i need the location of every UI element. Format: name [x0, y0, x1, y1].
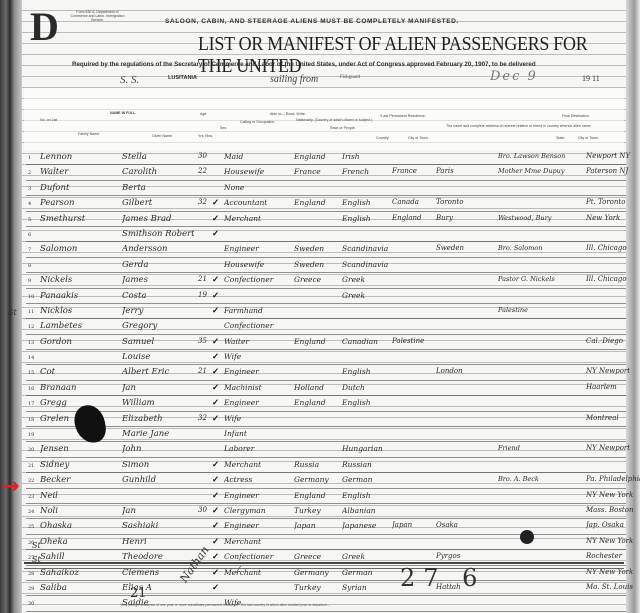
given-name: Samuel: [122, 337, 194, 347]
given-name: Gerda: [122, 260, 194, 270]
age: 32: [198, 414, 212, 422]
book-binding: [0, 0, 22, 613]
given-name: William: [122, 398, 194, 408]
check-mark: ✓: [212, 198, 224, 208]
family-name: Branaan: [40, 383, 118, 393]
passenger-row: 23Neil✓EngineerEnglandEnglishNY New York: [26, 489, 626, 504]
final-destination: Jap. Osaka: [586, 521, 640, 529]
occupation: Confectioner: [224, 275, 282, 284]
race: Japanese: [342, 521, 388, 530]
nationality: England: [294, 152, 340, 161]
check-mark: ✓: [212, 583, 224, 593]
family-name: Dufont: [40, 183, 118, 193]
nearest-relative: Bro. Lawson Benson: [498, 152, 588, 160]
given-name: Marie Jane: [122, 429, 194, 439]
race: Hungarian: [342, 444, 388, 453]
footer-rule: [24, 568, 624, 569]
occupation: Housewife: [224, 260, 282, 269]
age: 19: [198, 291, 212, 299]
final-destination: Pt. Toronto: [586, 198, 640, 206]
header-given-name: Given Name.: [152, 134, 173, 138]
final-destination: Ill. Chicago: [586, 244, 640, 252]
header-no-on-list: No. on List: [40, 118, 57, 122]
passenger-row: 7SalomonAnderssonEngineerSwedenScandinav…: [26, 242, 626, 257]
family-name: Salomon: [40, 244, 118, 254]
nationality: Sweden: [294, 244, 340, 253]
age: 30: [198, 152, 212, 160]
nationality: England: [294, 198, 340, 207]
side-mark: St: [8, 308, 17, 317]
race: English: [342, 198, 388, 207]
passenger-row: 14Louise✓Wife: [26, 350, 626, 365]
row-number: 8: [28, 263, 42, 269]
passenger-row: 22BeckerGunhild✓ActressGermanyGermanBro.…: [26, 473, 626, 488]
header-final-destination: Final Destination.: [562, 114, 590, 118]
residence-city: Paris: [436, 167, 492, 175]
family-name: Saliba: [40, 583, 118, 593]
final-destination: Newport NY: [586, 152, 640, 160]
family-name: Becker: [40, 475, 118, 485]
check-mark: ✓: [212, 214, 224, 224]
given-name: Simon: [122, 460, 194, 470]
given-name: Louise: [122, 352, 194, 362]
final-destination: NY New York: [586, 537, 640, 545]
passenger-row: 2WalterCarolith22HousewifeFranceFrenchFr…: [26, 165, 626, 180]
header-family-name: Family Name.: [78, 132, 100, 136]
nationality: Greece: [294, 552, 340, 561]
race: Albanian: [342, 506, 388, 515]
nearest-relative: Friend: [498, 444, 588, 452]
check-mark: ✓: [212, 291, 224, 301]
passenger-row: 12LambetesGregoryConfectioner: [26, 319, 626, 334]
nearest-relative: Pastor G. Nickels: [498, 275, 588, 283]
check-mark: ✓: [212, 383, 224, 393]
occupation: Confectioner: [224, 552, 282, 561]
given-name: Sashiaki: [122, 521, 194, 531]
age: 35: [198, 337, 212, 345]
race: English: [342, 491, 388, 500]
race: English: [342, 398, 388, 407]
family-name: Ohaska: [40, 521, 118, 531]
tally-count: 27 6: [400, 564, 485, 592]
final-destination: Haarlem: [586, 383, 640, 391]
family-name: Lambetes: [40, 321, 118, 331]
given-name: Henri: [122, 537, 194, 547]
passenger-list: 1LennonStella30MaidEnglandIrishBro. Laws…: [26, 150, 626, 612]
nationality: England: [294, 337, 340, 346]
given-name: Elizabeth: [122, 414, 194, 424]
passenger-row: 3DufontBertaNone: [26, 181, 626, 196]
passenger-row: 13GordonSamuel35✓WaiterEnglandCanadianPa…: [26, 335, 626, 350]
nationality: Japan: [294, 521, 340, 530]
check-mark: ✓: [212, 537, 224, 547]
occupation: Farmhand: [224, 306, 282, 315]
ink-dot: [520, 530, 534, 544]
nearest-relative: Westwood, Bury: [498, 214, 588, 222]
family-name: Nickels: [40, 275, 118, 285]
row-number: 19: [28, 432, 42, 438]
final-destination: Mo. St. Louis: [586, 583, 640, 591]
check-mark: ✓: [212, 306, 224, 316]
race: Greek: [342, 552, 388, 561]
passenger-row: 17GreggWilliam✓EngineerEnglandEnglish: [26, 396, 626, 411]
nearest-relative: Mother Mme Dupuy: [498, 167, 588, 175]
family-name: Sahill: [40, 552, 118, 562]
residence-country: England: [392, 214, 432, 222]
occupation: Clergyman: [224, 506, 282, 515]
given-name: Jerry: [122, 306, 194, 316]
row-number: 30: [28, 601, 42, 607]
occupation: Engineer: [224, 398, 282, 407]
check-mark: ✓: [212, 414, 224, 424]
age: 21: [198, 275, 212, 283]
ss-label: S. S.: [120, 74, 139, 86]
final-destination: NY New York: [586, 491, 640, 499]
passenger-row: 8GerdaHousewifeSwedenScandinavian: [26, 258, 626, 273]
nationality: Russia: [294, 460, 340, 469]
age: 30: [198, 506, 212, 514]
final-destination: NY Newport: [586, 444, 640, 452]
race: Syrian: [342, 583, 388, 592]
manifest-page: D Form 630 A. Department of Commerce and…: [0, 0, 640, 613]
form-note: Form 630 A. Department of Commerce and L…: [70, 10, 125, 22]
check-mark: ✓: [212, 552, 224, 562]
occupation: Merchant: [224, 460, 282, 469]
header-state: State.: [556, 136, 565, 140]
family-name: Sahaikoz: [40, 568, 118, 578]
family-name: Oheka: [40, 537, 118, 547]
given-name: Gilbert: [122, 198, 194, 208]
occupation: Wife: [224, 352, 282, 361]
footnote: *Any foreign residence of one year or mo…: [120, 603, 330, 607]
passenger-row: 1LennonStella30MaidEnglandIrishBro. Laws…: [26, 150, 626, 165]
given-name: James: [122, 275, 194, 285]
family-name: Smethurst: [40, 214, 118, 224]
arrival-year: 19 11: [582, 74, 600, 83]
header-yrs-mos: Yrs. Mos.: [198, 134, 213, 138]
arrow-marker-icon: →: [1, 480, 19, 494]
final-destination: New York: [586, 214, 640, 222]
passenger-row: 25OhaskaSashiaki✓EngineerJapanJapaneseJa…: [26, 519, 626, 534]
check-mark: ✓: [212, 352, 224, 362]
given-name: Smithson Robert: [122, 229, 194, 239]
occupation: Engineer: [224, 367, 282, 376]
header-sex: Sex.: [220, 126, 227, 130]
given-name: Jan: [122, 506, 194, 516]
final-destination: Ill. Chicago: [586, 275, 640, 283]
check-mark: ✓: [212, 506, 224, 516]
check-mark: ✓: [212, 475, 224, 485]
check-mark: ✓: [212, 275, 224, 285]
occupation: Actress: [224, 475, 282, 484]
final-destination: NY Newport: [586, 367, 640, 375]
occupation: None: [224, 183, 282, 192]
passenger-row: 5SmethurstJames Brad✓MerchantEnglishEngl…: [26, 212, 626, 227]
age: 32: [198, 198, 212, 206]
header-last-residence: *Last Permanent Residence.: [380, 114, 426, 118]
occupation: Wife: [224, 414, 282, 423]
family-name: Panaakis: [40, 291, 118, 301]
given-name: Jan: [122, 383, 194, 393]
passenger-row: 15CotAlbert Eric21✓EngineerEnglishLondon…: [26, 365, 626, 380]
sailing-label: sailing from: [270, 74, 318, 85]
header-city: City or Town.: [408, 136, 429, 140]
occupation: Machinist: [224, 383, 282, 392]
occupation: Housewife: [224, 167, 282, 176]
given-name: Costa: [122, 291, 194, 301]
age: 21: [198, 367, 212, 375]
check-mark: ✓: [212, 367, 224, 377]
residence-country: France: [392, 167, 432, 175]
occupation: Infant: [224, 429, 282, 438]
passenger-row: 6Smithson Robert✓: [26, 227, 626, 242]
passenger-row: 24NoliJan30✓ClergymanTurkeyAlbanianMass.…: [26, 504, 626, 519]
check-mark: ✓: [212, 568, 224, 578]
sailing-port: Fishguard: [340, 75, 360, 80]
age: 22: [198, 167, 212, 175]
ship-name: LUSITANIA: [168, 75, 197, 81]
nationality: Turkey: [294, 583, 340, 592]
residence-city: Sweden: [436, 244, 492, 252]
race: Canadian: [342, 337, 388, 346]
check-mark: ✓: [212, 491, 224, 501]
nearest-relative: Palestine: [498, 306, 588, 314]
occupation: Accountant: [224, 198, 282, 207]
family-name: Walter: [40, 167, 118, 177]
family-name: Neil: [40, 491, 118, 501]
check-mark: ✓: [212, 229, 224, 239]
residence-city: Osaka: [436, 521, 492, 529]
check-mark: ✓: [212, 460, 224, 470]
race: English: [342, 214, 388, 223]
passenger-row: 21SidneySimon✓MerchantRussiaRussian: [26, 458, 626, 473]
residence-city: Pyrgos: [436, 552, 492, 560]
nearest-relative: Bro. A. Beck: [498, 475, 588, 483]
family-name: Cot: [40, 367, 118, 377]
occupation: Merchant: [224, 537, 282, 546]
check-mark: ✓: [212, 398, 224, 408]
manifest-title: LIST OR MANIFEST OF ALIEN PASSENGERS FOR…: [198, 34, 605, 78]
passenger-row: 26OhekaHenri✓MerchantNY New York: [26, 535, 626, 550]
race: Irish: [342, 152, 388, 161]
passenger-row: 11NicklosJerry✓FarmhandPalestine: [26, 304, 626, 319]
header-name-in-full: NAME IN FULL.: [110, 111, 136, 115]
nationality: Greece: [294, 275, 340, 284]
header-occupation: Calling or Occupation.: [240, 120, 275, 124]
passenger-row: 9NickelsJames21✓ConfectionerGreeceGreekP…: [26, 273, 626, 288]
occupation: Engineer: [224, 244, 282, 253]
final-destination: Montreal: [586, 414, 640, 422]
given-name: Albert Eric: [122, 367, 194, 377]
occupation: Laborer: [224, 444, 282, 453]
family-name: Sidney: [40, 460, 118, 470]
header-relative: The name and complete address of nearest…: [446, 124, 592, 128]
residence-city: London: [436, 367, 492, 375]
family-name: Pearson: [40, 198, 118, 208]
nationality: France: [294, 167, 340, 176]
passenger-row: 20JensenJohnLaborerHungarianFriendNY New…: [26, 442, 626, 457]
given-name: Stella: [122, 152, 194, 162]
final-destination: Paterson NJ: [586, 167, 640, 175]
header-dest-city: City or Town.: [578, 136, 599, 140]
given-name: John: [122, 444, 194, 454]
residence-country: Palestine: [392, 337, 432, 345]
occupation: Merchant: [224, 214, 282, 223]
passenger-row: 4PearsonGilbert32✓AccountantEnglandEngli…: [26, 196, 626, 211]
family-name: Gordon: [40, 337, 118, 347]
header-age: Age.: [200, 112, 207, 116]
given-name: James Brad: [122, 214, 194, 224]
residence-city: Bury: [436, 214, 492, 222]
passenger-row: 18GrelenElizabeth32✓WifeMontreal: [26, 412, 626, 427]
occupation: Confectioner: [224, 321, 282, 330]
family-name: Lennon: [40, 152, 118, 162]
family-name: Noli: [40, 506, 118, 516]
side-mark: St: [32, 541, 41, 550]
given-name: Carolith: [122, 167, 194, 177]
race: Greek: [342, 291, 388, 300]
row-number: 6: [28, 232, 42, 238]
residence-country: Canada: [392, 198, 432, 206]
family-name: Nicklos: [40, 306, 118, 316]
check-mark: ✓: [212, 337, 224, 347]
race: English: [342, 367, 388, 376]
check-mark: ✓: [212, 521, 224, 531]
passenger-row: 10PanaakisCosta19✓Greek: [26, 289, 626, 304]
passenger-row: 19Marie JaneInfant: [26, 427, 626, 442]
given-name: Gregory: [122, 321, 194, 331]
race: French: [342, 167, 388, 176]
footer-rule: [24, 562, 624, 564]
header-country: Country.: [376, 136, 389, 140]
occupation: Engineer: [224, 521, 282, 530]
nationality: Sweden: [294, 260, 340, 269]
nearest-relative: Bro. Salomon: [498, 244, 588, 252]
given-name: Theodore: [122, 552, 194, 562]
race: German: [342, 475, 388, 484]
given-name: Berta: [122, 183, 194, 193]
nationality: England: [294, 491, 340, 500]
given-name: Andersson: [122, 244, 194, 254]
residence-country: Japan: [392, 521, 432, 529]
nationality: Turkey: [294, 506, 340, 515]
nationality: England: [294, 398, 340, 407]
occupation: Engineer: [224, 491, 282, 500]
occupation: Waiter: [224, 337, 282, 346]
arrival-date: Dec 9: [490, 69, 538, 84]
occupation: Maid: [224, 152, 282, 161]
race: Scandinavian: [342, 244, 388, 253]
passenger-row: 16BranaanJan✓MachinistHollandDutchHaarle…: [26, 381, 626, 396]
family-name: Jensen: [40, 444, 118, 454]
header-nationality: Nationality. (Country of which citizen o…: [296, 118, 372, 122]
final-destination: Pa. Philadelphia: [586, 475, 640, 483]
residence-city: Toronto: [436, 198, 492, 206]
given-name: Gunhild: [122, 475, 194, 485]
header-race: Race or People.: [330, 126, 356, 130]
final-destination: Cal. Diego: [586, 337, 640, 345]
final-destination: Mass. Boston: [586, 506, 640, 514]
race: Russian: [342, 460, 388, 469]
page-number: 21: [130, 586, 147, 601]
regulation-text: Required by the regulations of the Secre…: [72, 61, 536, 68]
form-letter: D: [30, 3, 59, 50]
passenger-row: 29SalibaElias A✓TurkeySyrianHattahMo. St…: [26, 581, 626, 596]
row-number: 14: [28, 355, 42, 361]
nationality: Holland: [294, 383, 340, 392]
race: Greek: [342, 275, 388, 284]
banner: SALOON, CABIN, AND STEERAGE ALIENS MUST …: [165, 18, 459, 25]
race: Dutch: [342, 383, 388, 392]
header-able-to: Able to— Read. Write.: [270, 112, 306, 116]
final-destination: Rochester: [586, 552, 640, 560]
race: Scandinavian: [342, 260, 388, 269]
nationality: Germany: [294, 475, 340, 484]
